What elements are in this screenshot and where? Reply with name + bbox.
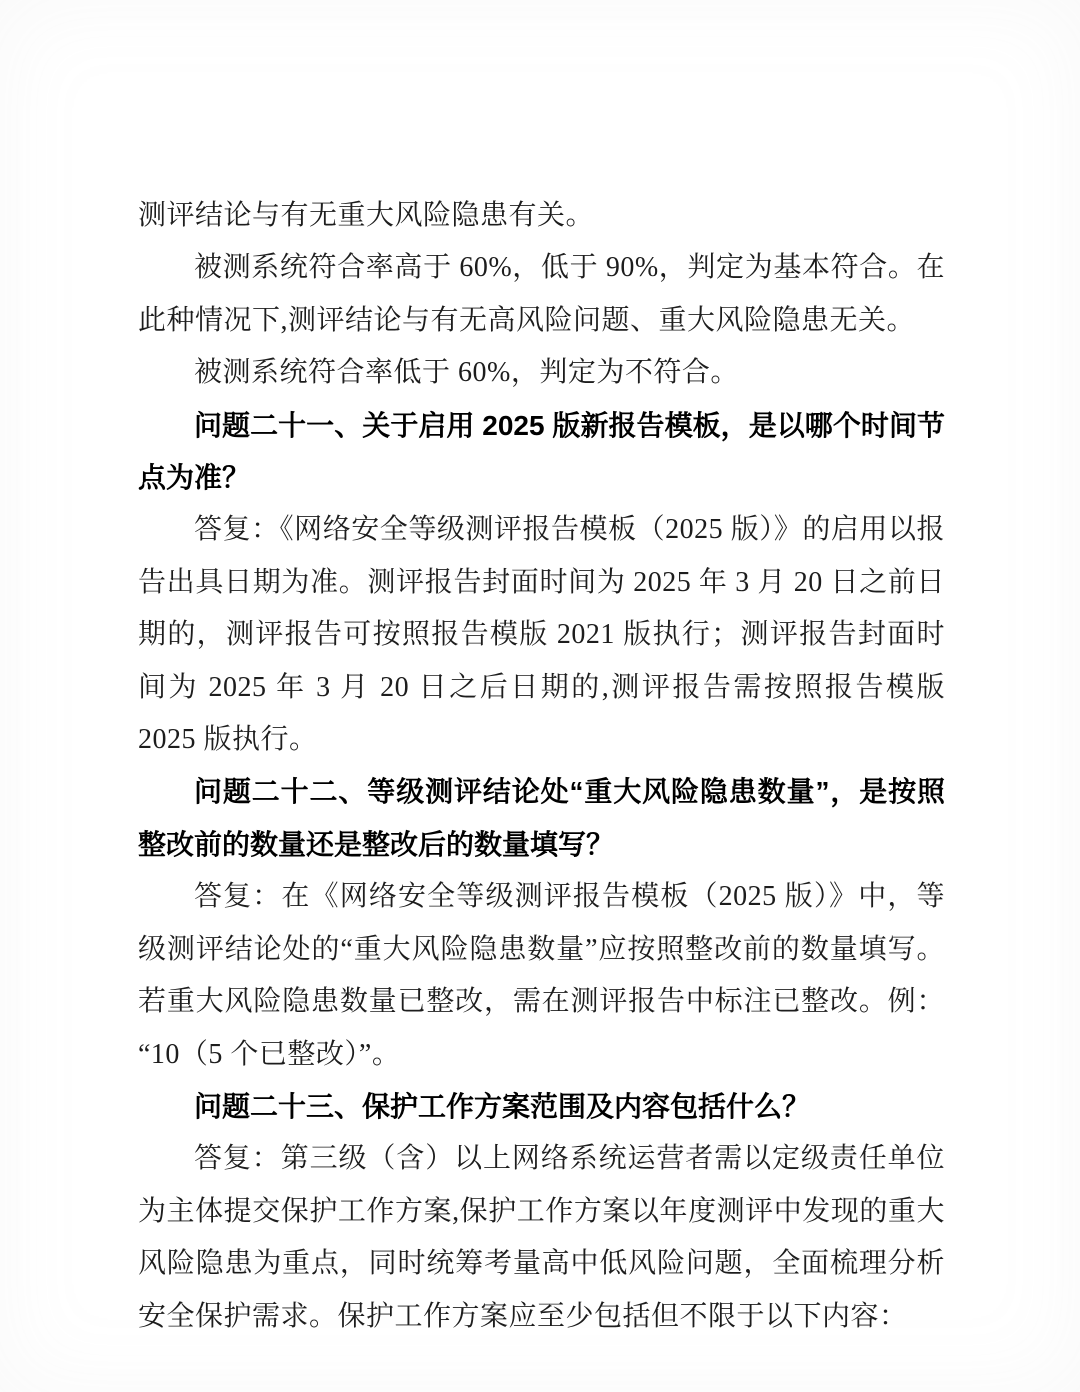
question-22-heading: 问题二十二、等级测评结论处“重大风险隐患数量”，是按照整改前的数量还是整改后的数… xyxy=(138,766,945,871)
question-23-heading: 问题二十三、保护工作方案范围及内容包括什么？ xyxy=(138,1081,945,1133)
document-content: 测评结论与有无重大风险隐患有关。 被测系统符合率高于 60%，低于 90%，判定… xyxy=(138,190,945,1343)
paragraph-continuation-conclusion: 测评结论与有无重大风险隐患有关。 xyxy=(138,190,945,242)
paragraph-noncompliance-rule: 被测系统符合率低于 60%，判定为不符合。 xyxy=(138,347,945,399)
answer-21-paragraph: 答复：《网络安全等级测评报告模板（2025 版）》的启用以报告出具日期为准。测评… xyxy=(138,504,945,766)
answer-23-paragraph: 答复：第三级（含）以上网络系统运营者需以定级责任单位为主体提交保护工作方案,保护… xyxy=(138,1133,945,1343)
answer-22-paragraph: 答复：在《网络安全等级测评报告模板（2025 版）》中，等级测评结论处的“重大风… xyxy=(138,871,945,1081)
paragraph-basic-compliance-rule: 被测系统符合率高于 60%，低于 90%，判定为基本符合。在此种情况下,测评结论… xyxy=(138,242,945,347)
document-page: 测评结论与有无重大风险隐患有关。 被测系统符合率高于 60%，低于 90%，判定… xyxy=(0,0,1080,1392)
question-21-heading: 问题二十一、关于启用 2025 版新报告模板，是以哪个时间节点为准？ xyxy=(138,400,945,505)
